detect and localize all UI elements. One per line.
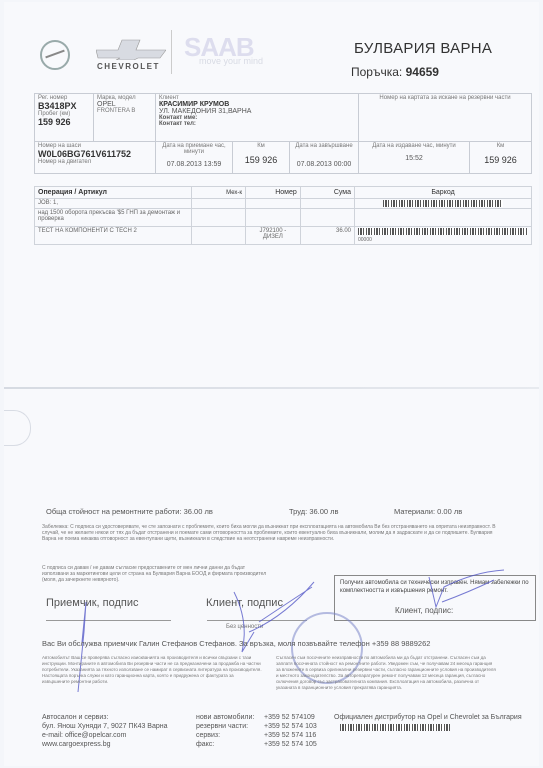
materials-cost: Материали: 0.00 лв: [394, 507, 462, 516]
address-line: бул. Янош Хуняди 7, 9027 ПК43 Варна: [42, 722, 168, 731]
amount-cell: [300, 209, 354, 227]
address-line: Автосалон и сервиз:: [42, 713, 168, 722]
closed-value: 07.08.2013 00:00: [293, 161, 355, 168]
phone-label: факс:: [196, 740, 264, 749]
mechanic-cell: [192, 199, 246, 209]
operation-cell: ТЕСТ НА КОМПОНЕНТИ С TECH 2: [35, 227, 192, 245]
operations-table: Операция / Артикул Мех-к Номер Сума Барк…: [34, 186, 532, 245]
amount-cell: [300, 199, 354, 209]
km-label-2: Км: [473, 143, 528, 149]
mechanic-cell: [192, 209, 246, 227]
barcode-icon: [383, 200, 503, 207]
issued-value: 15:52: [362, 155, 466, 162]
vin-value: W0L06BG761V611752: [38, 149, 152, 159]
model-value: FRONTERA B: [97, 108, 152, 114]
barcode-cell: [355, 209, 532, 227]
labor-label: Труд:: [289, 507, 307, 516]
number-cell: [246, 199, 301, 209]
labor-cost: Труд: 36.00 лв: [289, 507, 339, 516]
order-value: 94659: [406, 65, 439, 79]
total-value: 36.00 лв: [184, 507, 213, 516]
email-link[interactable]: e-mail: office@opelcar.com: [42, 731, 168, 740]
km-value-2: 159 926: [473, 155, 528, 165]
client-address: УЛ. МАКЕДОНИЯ 31,ВАРНА: [159, 108, 355, 115]
barcode-cell: 00000: [355, 227, 532, 245]
amount-cell: 36.00: [300, 227, 354, 245]
received-label: Дата на приемане час, минути: [159, 143, 229, 155]
mechanic-cell: [192, 227, 246, 245]
total-cost: Обща стойност на ремонтните работи: 36.0…: [46, 507, 213, 516]
company-name: БУЛВАРИЯ ВАРНА: [354, 40, 492, 57]
table-row: JOB: 1,: [35, 199, 532, 209]
phone-value: +359 52 574 105: [264, 741, 317, 748]
vehicle-info-table: Рег. номер B3418PX Пробег (км) 159 926 М…: [34, 93, 532, 174]
phone-label: сервиз:: [196, 731, 264, 740]
col-mechanic: Мех-к: [192, 187, 246, 199]
terms-right: Съгласен съм посочените неизправности по…: [276, 655, 496, 691]
work-order-document: CHEVROLET SAAB move your mind БУЛВАРИЯ В…: [4, 2, 539, 766]
issued-label: Дата на издаване час, минути: [362, 143, 466, 149]
col-operation: Операция / Артикул: [35, 187, 192, 199]
total-label: Обща стойност на ремонтните работи:: [46, 507, 182, 516]
phone-label: резервни части:: [196, 722, 264, 731]
km-value-1: 159 926: [236, 155, 286, 165]
website-link[interactable]: www.cargoexpress.bg: [42, 740, 168, 749]
col-barcode: Баркод: [355, 187, 532, 199]
table-row: над 1500 оборота прекъсва '$5 ГНП за дем…: [35, 209, 532, 227]
saab-tagline: move your mind: [199, 56, 263, 66]
labor-value: 36.00 лв: [309, 507, 338, 516]
col-number: Номер: [246, 187, 301, 199]
terms-left: Автомобилът Ваш се проверява съгласно из…: [42, 655, 262, 685]
phone-label: нови автомобили:: [196, 713, 264, 722]
paper-crease: [4, 387, 539, 389]
reg-value: B3418PX: [38, 101, 90, 111]
make-value: OPEL: [97, 101, 152, 108]
footer-barcode-icon: [340, 724, 450, 731]
chevrolet-bowtie-icon: [96, 38, 166, 60]
order-number: Поръчка: 94659: [351, 65, 439, 79]
logo-divider: [171, 30, 172, 74]
client-name: КРАСИМИР КРУМОВ: [159, 101, 355, 108]
opel-logo-icon: [40, 40, 70, 70]
phone-value: +359 52 574 116: [264, 732, 316, 739]
barcode-cell: [355, 199, 532, 209]
km-label-1: Км: [236, 143, 286, 149]
order-label: Поръчка:: [351, 65, 402, 79]
service-advisor-line: Вас Ви обслужва приемчик Галин Стефанов …: [42, 639, 522, 648]
barcode-icon: [358, 228, 528, 235]
number-cell: J792100 - ДИЗЕЛ: [246, 227, 301, 245]
materials-label: Материали:: [394, 507, 435, 516]
footer-phones: нови автомобили:+359 52 574109 резервни …: [196, 713, 317, 749]
received-value: 07.08.2013 13:59: [159, 161, 229, 168]
phone-value: +359 52 574109: [264, 714, 315, 721]
table-row: ТЕСТ НА КОМПОНЕНТИ С TECH 2 J792100 - ДИ…: [35, 227, 532, 245]
contact-phone-label: Контакт тел:: [159, 121, 355, 127]
punch-hole: [4, 410, 31, 446]
operation-cell: над 1500 оборота прекъсва '$5 ГНП за дем…: [35, 209, 192, 227]
disclaimer-note: Забележка: С подписа си удостоверявате, …: [42, 524, 497, 542]
mileage-value: 159 926: [38, 117, 90, 127]
distributor-text: Официален дистрибутор на Opel и Chevrole…: [334, 713, 522, 722]
phone-value: +359 52 574 103: [264, 723, 317, 730]
chevrolet-label: CHEVROLET: [97, 62, 160, 71]
materials-value: 0.00 лв: [437, 507, 462, 516]
operation-cell: JOB: 1,: [35, 199, 192, 209]
number-cell: [246, 209, 301, 227]
parts-card-label: Номер на картата за искане на резервни ч…: [362, 95, 528, 101]
closed-label: Дата на завършване: [293, 143, 355, 149]
footer-address: Автосалон и сервиз: бул. Янош Хуняди 7, …: [42, 713, 168, 749]
engine-label: Номер на двигател: [38, 159, 152, 165]
col-amount: Сума: [300, 187, 354, 199]
barcode-suffix: 00000: [358, 237, 372, 243]
